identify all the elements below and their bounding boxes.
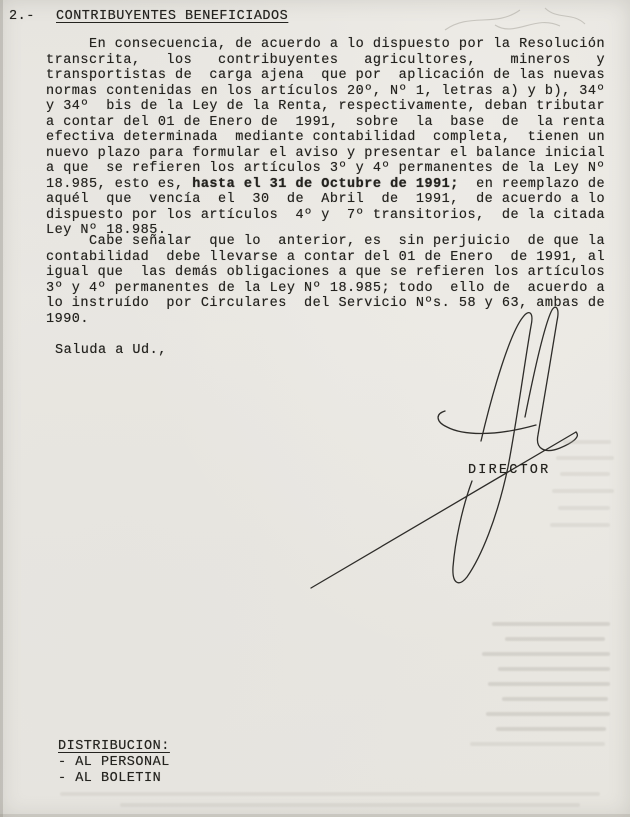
bleedthrough-ghost-text [498,667,610,671]
bleedthrough-ghost-text [486,712,610,716]
distribution-heading: DISTRIBUCION: [58,739,170,755]
section-number: 2.- [9,9,35,25]
bleedthrough-ghost-text [556,456,614,460]
bleedthrough-ghost-text [482,652,610,656]
distribution-item: - AL BOLETIN [58,771,170,787]
bleedthrough-ghost-text [120,803,580,807]
distribution-list: - AL PERSONAL- AL BOLETIN [58,755,170,786]
bleedthrough-ghost-text [492,622,610,626]
body-paragraph-1: En consecuencia, de acuerdo a lo dispues… [46,37,605,239]
scanned-document-page: 2.- CONTRIBUYENTES BENEFICIADOS En conse… [0,0,630,817]
bleedthrough-ghost-text [550,523,610,527]
signature-title: DIRECTOR [468,463,550,479]
bleedthrough-ghost-text [558,506,610,510]
scan-edge-shadow-left [0,0,3,817]
closing-salutation: Saluda a Ud., [55,343,167,359]
distribution-item: - AL PERSONAL [58,755,170,771]
bleedthrough-ghost-text [502,697,608,701]
section-heading: CONTRIBUYENTES BENEFICIADOS [56,9,288,25]
bleedthrough-ghost-text [552,489,614,493]
bleedthrough-ghost-text [496,727,606,731]
signature [295,295,605,615]
bleedthrough-ghost-text [488,682,610,686]
bleedthrough-ghost-text [563,440,611,444]
bleedthrough-ghost-text [60,792,600,796]
bleedthrough-ghost-text [505,637,605,641]
bleedthrough-ghost-text [470,742,605,746]
bleedthrough-ghost-text [560,472,610,476]
